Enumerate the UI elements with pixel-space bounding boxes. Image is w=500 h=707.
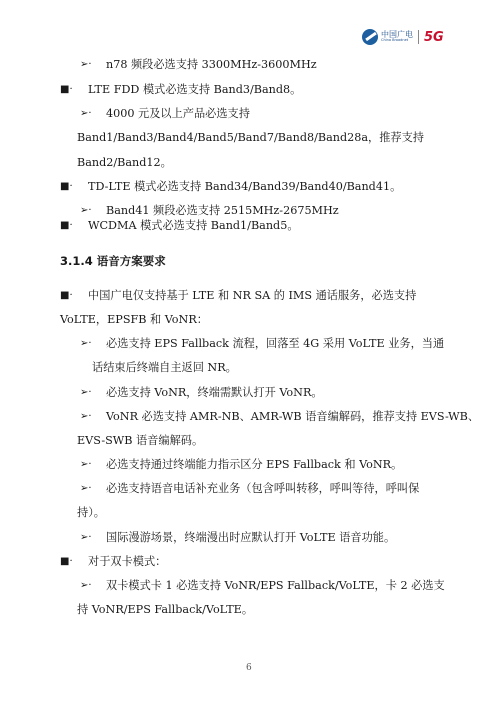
- list-item: 必选支持 EPS Fallback 流程，回落至 4G 采用 VoLTE 业务，…: [106, 337, 444, 351]
- square-bullet-icon: ■·: [60, 289, 73, 303]
- list-item: 必选支持语音电话补充业务（包含呼叫转移，呼叫等待，呼叫保: [106, 482, 419, 496]
- page-number: 6: [246, 663, 252, 673]
- logo-divider: [418, 30, 419, 44]
- 5g-logo: 5G: [424, 30, 444, 45]
- china-broadnet-5g-logo: 中国广电 China Broadnet 5G: [362, 27, 444, 47]
- globe-icon: [362, 29, 378, 45]
- arrow-bullet-icon: ➢·: [80, 58, 92, 72]
- list-item-continuation: EVS-SWB 语音编解码。: [77, 434, 203, 448]
- list-item: 必选支持通过终端能力指示区分 EPS Fallback 和 VoNR。: [106, 458, 402, 472]
- arrow-bullet-icon: ➢·: [80, 386, 92, 400]
- list-item: Band41 频段必选支持 2515MHz-2675MHz: [106, 204, 339, 218]
- logo-text-en: China Broadnet: [381, 39, 413, 43]
- list-item: 4000 元及以上产品必选支持: [106, 107, 250, 121]
- square-bullet-icon: ■·: [60, 83, 73, 97]
- arrow-bullet-icon: ➢·: [80, 579, 92, 593]
- list-item-continuation: 话结束后终端自主返回 NR。: [92, 361, 237, 375]
- arrow-bullet-icon: ➢·: [80, 204, 92, 218]
- arrow-bullet-icon: ➢·: [80, 482, 92, 496]
- list-item: LTE FDD 模式必选支持 Band3/Band8。: [88, 83, 301, 97]
- arrow-bullet-icon: ➢·: [80, 531, 92, 545]
- square-bullet-icon: ■·: [60, 555, 73, 569]
- list-item-continuation: Band2/Band12。: [77, 156, 172, 170]
- list-item: 必选支持 VoNR，终端需默认打开 VoNR。: [106, 386, 323, 400]
- list-item-continuation: 持）。: [77, 506, 105, 520]
- list-item-continuation: 持 VoNR/EPS Fallback/VoLTE。: [77, 603, 253, 617]
- list-item-continuation: VoLTE，EPSFB 和 VoNR：: [60, 313, 208, 327]
- list-item-continuation: Band1/Band3/Band4/Band5/Band7/Band8/Band…: [77, 131, 424, 145]
- square-bullet-icon: ■·: [60, 180, 73, 194]
- square-bullet-icon: ■·: [60, 219, 73, 233]
- list-item: 双卡模式卡 1 必选支持 VoNR/EPS Fallback/VoLTE，卡 2…: [106, 579, 445, 593]
- list-item: VoNR 必选支持 AMR-NB、AMR-WB 语音编解码，推荐支持 EVS-W…: [106, 410, 479, 424]
- arrow-bullet-icon: ➢·: [80, 337, 92, 351]
- section-heading: 3.1.4 语音方案要求: [60, 254, 166, 268]
- list-item: TD-LTE 模式必选支持 Band34/Band39/Band40/Band4…: [88, 180, 401, 194]
- list-item: 对于双卡模式：: [88, 555, 166, 569]
- arrow-bullet-icon: ➢·: [80, 458, 92, 472]
- arrow-bullet-icon: ➢·: [80, 410, 92, 424]
- list-item: WCDMA 模式必选支持 Band1/Band5。: [88, 219, 299, 233]
- list-item: 国际漫游场景，终端漫出时应默认打开 VoLTE 语音功能。: [106, 531, 395, 545]
- list-item: n78 频段必选支持 3300MHz-3600MHz: [106, 58, 317, 72]
- list-item: 中国广电仅支持基于 LTE 和 NR SA 的 IMS 通话服务，必选支持: [88, 289, 416, 303]
- arrow-bullet-icon: ➢·: [80, 107, 92, 121]
